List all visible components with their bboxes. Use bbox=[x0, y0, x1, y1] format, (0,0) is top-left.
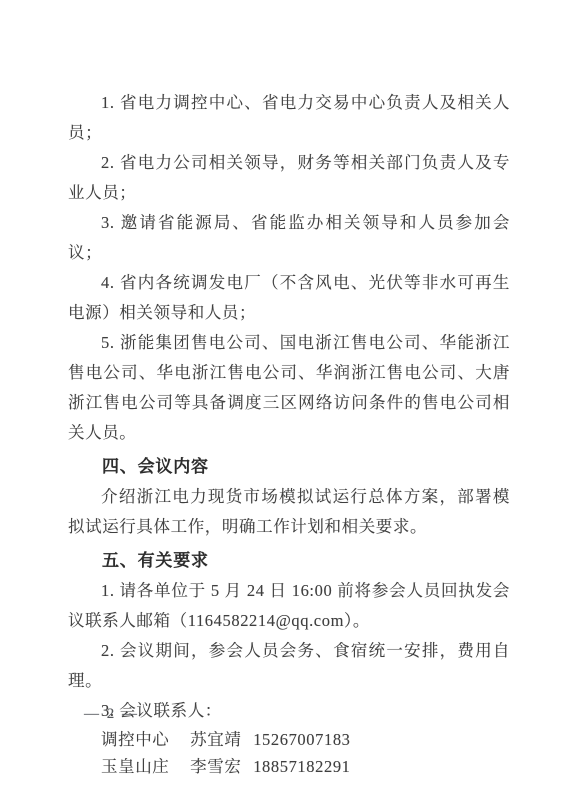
attendee-item-2: 2. 省电力公司相关领导，财务等相关部门负责人及专业人员； bbox=[68, 148, 510, 208]
contact-phone: 18857182291 bbox=[253, 757, 350, 776]
contact-org: 调控中心 bbox=[101, 730, 169, 749]
section-heading-requirements: 五、有关要求 bbox=[68, 546, 510, 576]
contact-name: 李雪宏 bbox=[190, 757, 241, 776]
attendee-item-1: 1. 省电力调控中心、省电力交易中心负责人及相关人员； bbox=[68, 88, 510, 148]
contact-name: 苏宜靖 bbox=[190, 730, 241, 749]
requirement-item-1: 1. 请各单位于 5 月 24 日 16:00 前将参会人员回执发会议联系人邮箱… bbox=[68, 576, 510, 636]
section-meeting-content-body: 介绍浙江电力现货市场模拟试运行总体方案，部署模拟试运行具体工作，明确工作计划和相… bbox=[68, 482, 510, 542]
attendee-item-4: 4. 省内各统调发电厂（不含风电、光伏等非水可再生电源）相关领导和人员； bbox=[68, 268, 510, 328]
page-number: — 2 — bbox=[84, 706, 139, 723]
document-body: 1. 省电力调控中心、省电力交易中心负责人及相关人员； 2. 省电力公司相关领导… bbox=[68, 88, 510, 780]
contact-row: 玉皇山庄 李雪宏 18857182291 bbox=[68, 753, 510, 780]
attendee-item-5: 5. 浙能集团售电公司、国电浙江售电公司、华能浙江售电公司、华电浙江售电公司、华… bbox=[68, 328, 510, 448]
contact-org: 玉皇山庄 bbox=[101, 757, 169, 776]
contact-phone: 15267007183 bbox=[253, 730, 350, 749]
document-page: 1. 省电力调控中心、省电力交易中心负责人及相关人员； 2. 省电力公司相关领导… bbox=[0, 0, 566, 800]
requirement-item-2: 2. 会议期间，参会人员会务、食宿统一安排，费用自理。 bbox=[68, 636, 510, 696]
contact-row: 调控中心 苏宜靖 15267007183 bbox=[68, 726, 510, 753]
attendee-item-3: 3. 邀请省能源局、省能监办相关领导和人员参加会议； bbox=[68, 208, 510, 268]
section-heading-meeting-content: 四、会议内容 bbox=[68, 452, 510, 482]
